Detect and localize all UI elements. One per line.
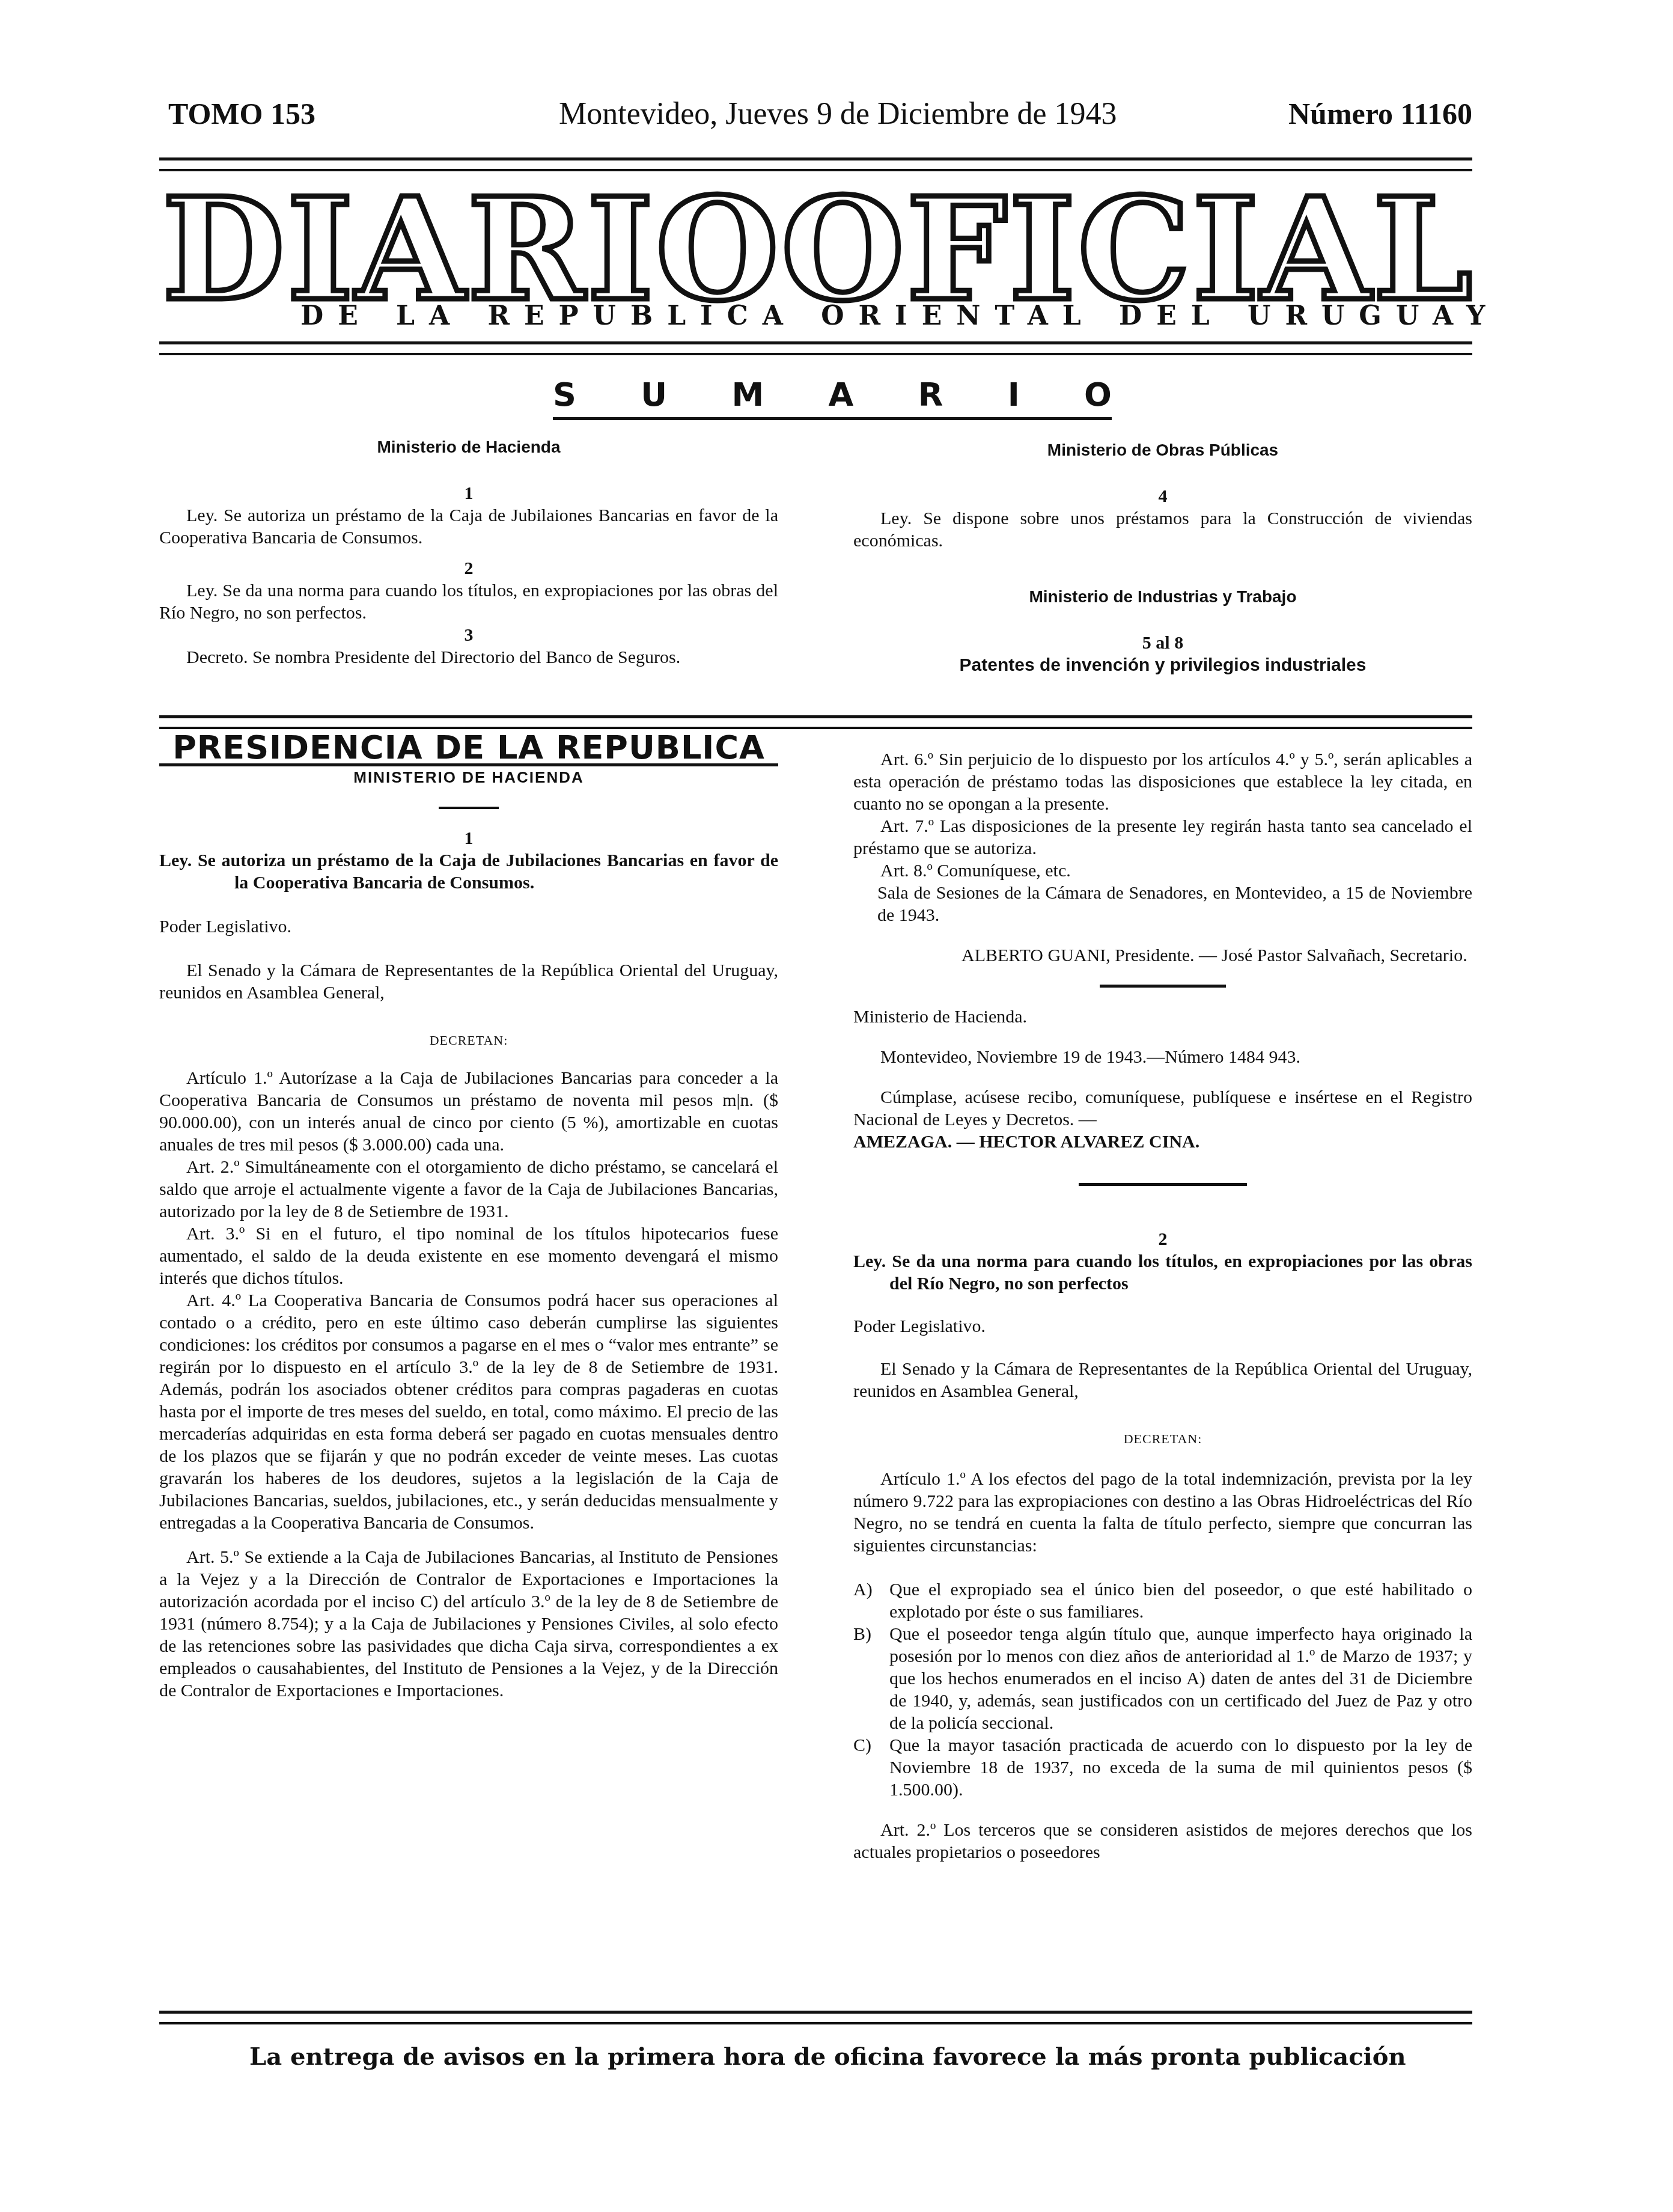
condition-item: B) Que el poseedor tenga algún título qu… [853,1623,1472,1734]
decretan: DECRETAN: [159,1029,778,1051]
law-number: 2 [853,1228,1472,1250]
condition-item: A) Que el expropiado sea el único bien d… [853,1578,1472,1623]
sumario-left: Ministerio de Hacienda 1 Ley. Se autoriz… [159,436,778,668]
sumario-entry-number: 5 al 8 [853,632,1472,654]
divider [1079,1183,1247,1186]
law-title: Ley. Se autoriza un préstamo de la Caja … [159,849,778,894]
divider [439,807,499,809]
sumario-heading: S U M A R I O [553,376,1112,420]
sumario-entry-number: 2 [159,557,778,579]
title-oficial: OFICIAL [781,179,1475,320]
signatures: ALBERTO GUANI, Presidente. — José Pastor… [853,944,1472,967]
preamble: El Senado y la Cámara de Representantes … [853,1358,1472,1402]
cumplase-signers: AMEZAGA. — HECTOR ALVAREZ CINA. [853,1131,1472,1153]
masthead-rule-bottom [159,341,1472,355]
sumario-entry-number: 3 [159,624,778,646]
sumario-ministry-industrias: Ministerio de Industrias y Trabajo [853,585,1472,608]
sumario-entry[interactable]: Ley. Se dispone sobre unos préstamos par… [853,507,1472,552]
condition-item: C) Que la mayor tasación practicada de a… [853,1734,1472,1801]
masthead-subtitle: DE LA REPUBLICA ORIENTAL DEL URUGUAY [300,301,1322,331]
title-diario: DIARIO [162,179,781,320]
decree-dateline: Montevideo, Noviembre 19 de 1943.—Número… [853,1046,1472,1068]
sumario-entry[interactable]: Decreto. Se nombra Presidente del Direct… [159,646,778,668]
sumario-entry[interactable]: Ley. Se da una norma para cuando los tít… [159,579,778,624]
masthead-title: DIARIO OFICIAL [162,180,1472,319]
article: Artículo 1.º A los efectos del pago de l… [853,1468,1472,1557]
conditions-list: A) Que el expropiado sea el único bien d… [853,1578,1472,1801]
sumario-entry[interactable]: Ley. Se autoriza un préstamo de la Caja … [159,504,778,549]
dateline: Montevideo, Jueves 9 de Diciembre de 194… [559,96,1117,132]
issue-number: Número 11160 [1288,96,1472,131]
sumario-ministry-obras: Ministerio de Obras Públicas [853,439,1472,461]
sumario-rule [159,715,1472,729]
left-column: PRESIDENCIA DE LA REPUBLICA MINISTERIO D… [159,736,778,1702]
cumplase: Cúmplase, acúsese recibo, comuníquese, p… [853,1086,1472,1131]
article: Artículo 1.º Autorízase a la Caja de Jub… [159,1067,778,1156]
footer-notice: La entrega de avisos en la primera hora … [249,2042,1406,2071]
footer-rule [159,2011,1472,2024]
sala-de-sesiones: Sala de Sesiones de la Cámara de Senador… [853,882,1472,926]
ministry-note: Ministerio de Hacienda. [853,1006,1472,1028]
sumario-entry-number: 4 [853,485,1472,507]
article: Art. 4.º La Cooperativa Bancaria de Cons… [159,1289,778,1534]
tomo-label: TOMO 153 [168,96,315,131]
law-title: Ley. Se da una norma para cuando los tít… [853,1250,1472,1295]
sumario-ministry-hacienda: Ministerio de Hacienda [159,436,778,458]
article: Art. 2.º Simultáneamente con el otorgami… [159,1156,778,1223]
right-column: Art. 6.º Sin perjuicio de lo dispuesto p… [853,748,1472,1863]
law-number: 1 [159,827,778,849]
article: Art. 3.º Si en el futuro, el tipo nomina… [159,1223,778,1289]
preamble: El Senado y la Cámara de Representantes … [159,959,778,1004]
ministry-heading: MINISTERIO DE HACIENDA [159,766,778,789]
poder-legislativo: Poder Legislativo. [853,1315,1472,1337]
masthead-info-line: TOMO 153 Montevideo, Jueves 9 de Diciemb… [162,96,1472,144]
sumario-entry-number: 1 [159,482,778,504]
article: Art. 2.º Los terceros que se consideren … [853,1819,1472,1863]
sumario-entry[interactable]: Patentes de invención y privilegios indu… [853,654,1472,676]
article: Art. 6.º Sin perjuicio de lo dispuesto p… [853,748,1472,815]
divider [1100,985,1226,988]
article: Art. 5.º Se extiende a la Caja de Jubila… [159,1546,778,1702]
section-title: PRESIDENCIA DE LA REPUBLICA [159,736,778,766]
decretan: DECRETAN: [853,1428,1472,1450]
article: Art. 7.º Las disposiciones de la present… [853,815,1472,860]
sumario-right: Ministerio de Obras Públicas 4 Ley. Se d… [853,439,1472,676]
article: Art. 8.º Comuníquese, etc. [853,860,1472,882]
poder-legislativo: Poder Legislativo. [159,915,778,938]
